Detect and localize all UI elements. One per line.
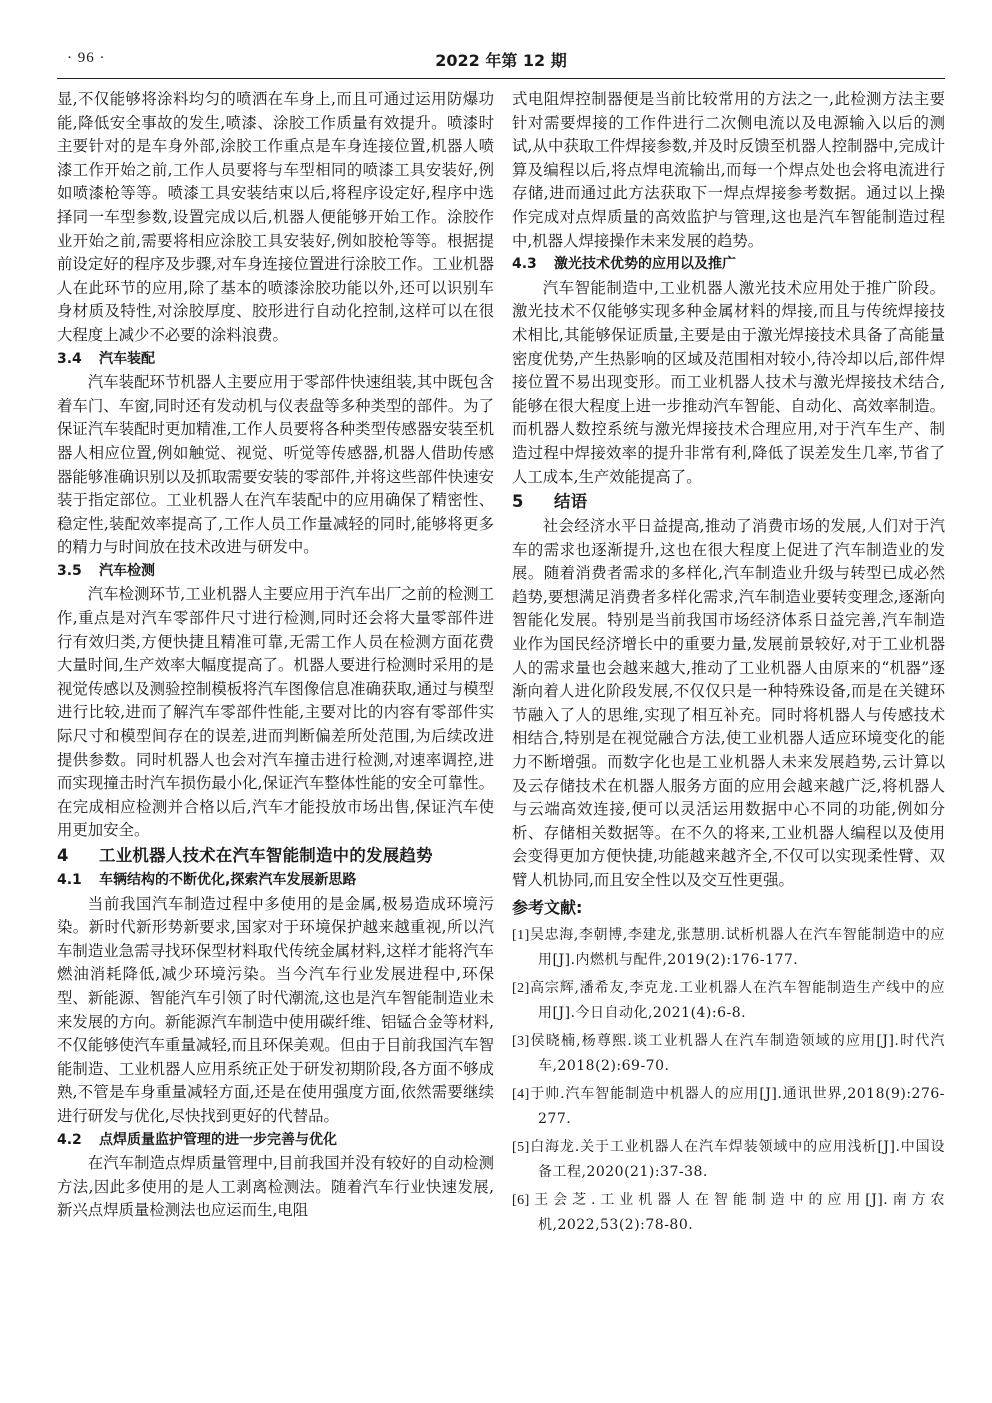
reference-item: [3]侯晓楠,杨尊熙.谈工业机器人在汽车制造领域的应用[J].时代汽车,2018… bbox=[512, 1029, 945, 1078]
section-heading-5: 5结语 bbox=[512, 489, 945, 515]
section-heading-4: 4工业机器人技术在汽车智能制造中的发展趋势 bbox=[57, 843, 494, 869]
section-heading-4-2: 4.2点焊质量监护管理的进一步完善与优化 bbox=[57, 1129, 494, 1153]
paragraph: 汽车检测环节,工业机器人主要应用于汽车出厂之前的检测工作,重点是对汽车零部件尺寸… bbox=[57, 583, 494, 843]
references-heading: 参考文献: bbox=[512, 895, 945, 921]
section-heading-3-5: 3.5汽车检测 bbox=[57, 560, 494, 584]
paragraph: 汽车装配环节机器人主要应用于零部件快速组装,其中既包含着车门、车窗,同时还有发动… bbox=[57, 371, 494, 560]
reference-item: [6]王会芝.工业机器人在智能制造中的应用[J].南方农机,2022,53(2)… bbox=[512, 1188, 945, 1237]
right-column: 式电阻焊控制器便是当前比较常用的方法之一,此检测方法主要针对需要焊接的工作件进行… bbox=[512, 88, 945, 1241]
journal-issue: 2022 年第 12 期 bbox=[57, 48, 945, 71]
paragraph: 在汽车制造点焊质量管理中,目前我国并没有较好的自动检测方法,因此多使用的是人工剥… bbox=[57, 1152, 494, 1223]
reference-item: [2]高宗辉,潘希友,李克龙.工业机器人在汽车智能制造生产线中的应用[J].今日… bbox=[512, 976, 945, 1025]
reference-item: [1]吴忠海,李朝博,李建龙,张慧朋.试析机器人在汽车智能制造中的应用[J].内… bbox=[512, 923, 945, 972]
section-heading-3-4: 3.4汽车装配 bbox=[57, 348, 494, 372]
paragraph: 社会经济水平日益提高,推动了消费市场的发展,人们对于汽车的需求也逐渐提升,这也在… bbox=[512, 515, 945, 893]
reference-item: [4]于帅.汽车智能制造中机器人的应用[J].通讯世界,2018(9):276-… bbox=[512, 1082, 945, 1131]
paragraph: 当前我国汽车制造过程中多使用的是金属,极易造成环境污染。新时代新形势新要求,国家… bbox=[57, 893, 494, 1129]
header-rule bbox=[57, 78, 945, 79]
paragraph-continued: 式电阻焊控制器便是当前比较常用的方法之一,此检测方法主要针对需要焊接的工作件进行… bbox=[512, 88, 945, 253]
section-heading-4-3: 4.3激光技术优势的应用以及推广 bbox=[512, 253, 945, 277]
references-list: [1]吴忠海,李朝博,李建龙,张慧朋.试析机器人在汽车智能制造中的应用[J].内… bbox=[512, 923, 945, 1237]
reference-item: [5]白海龙.关于工业机器人在汽车焊装领域中的应用浅析[J].中国设备工程,20… bbox=[512, 1135, 945, 1184]
paragraph: 汽车智能制造中,工业机器人激光技术应用处于推广阶段。激光技术不仅能够实现多种金属… bbox=[512, 277, 945, 489]
paragraph-continued: 显,不仅能够将涂料均匀的喷洒在车身上,而且可通过运用防爆功能,降低安全事故的发生… bbox=[57, 88, 494, 348]
left-column: 显,不仅能够将涂料均匀的喷洒在车身上,而且可通过运用防爆功能,降低安全事故的发生… bbox=[57, 88, 494, 1223]
page-header: · 96 · 2022 年第 12 期 bbox=[57, 46, 945, 74]
section-heading-4-1: 4.1车辆结构的不断优化,探索汽车发展新思路 bbox=[57, 869, 494, 893]
